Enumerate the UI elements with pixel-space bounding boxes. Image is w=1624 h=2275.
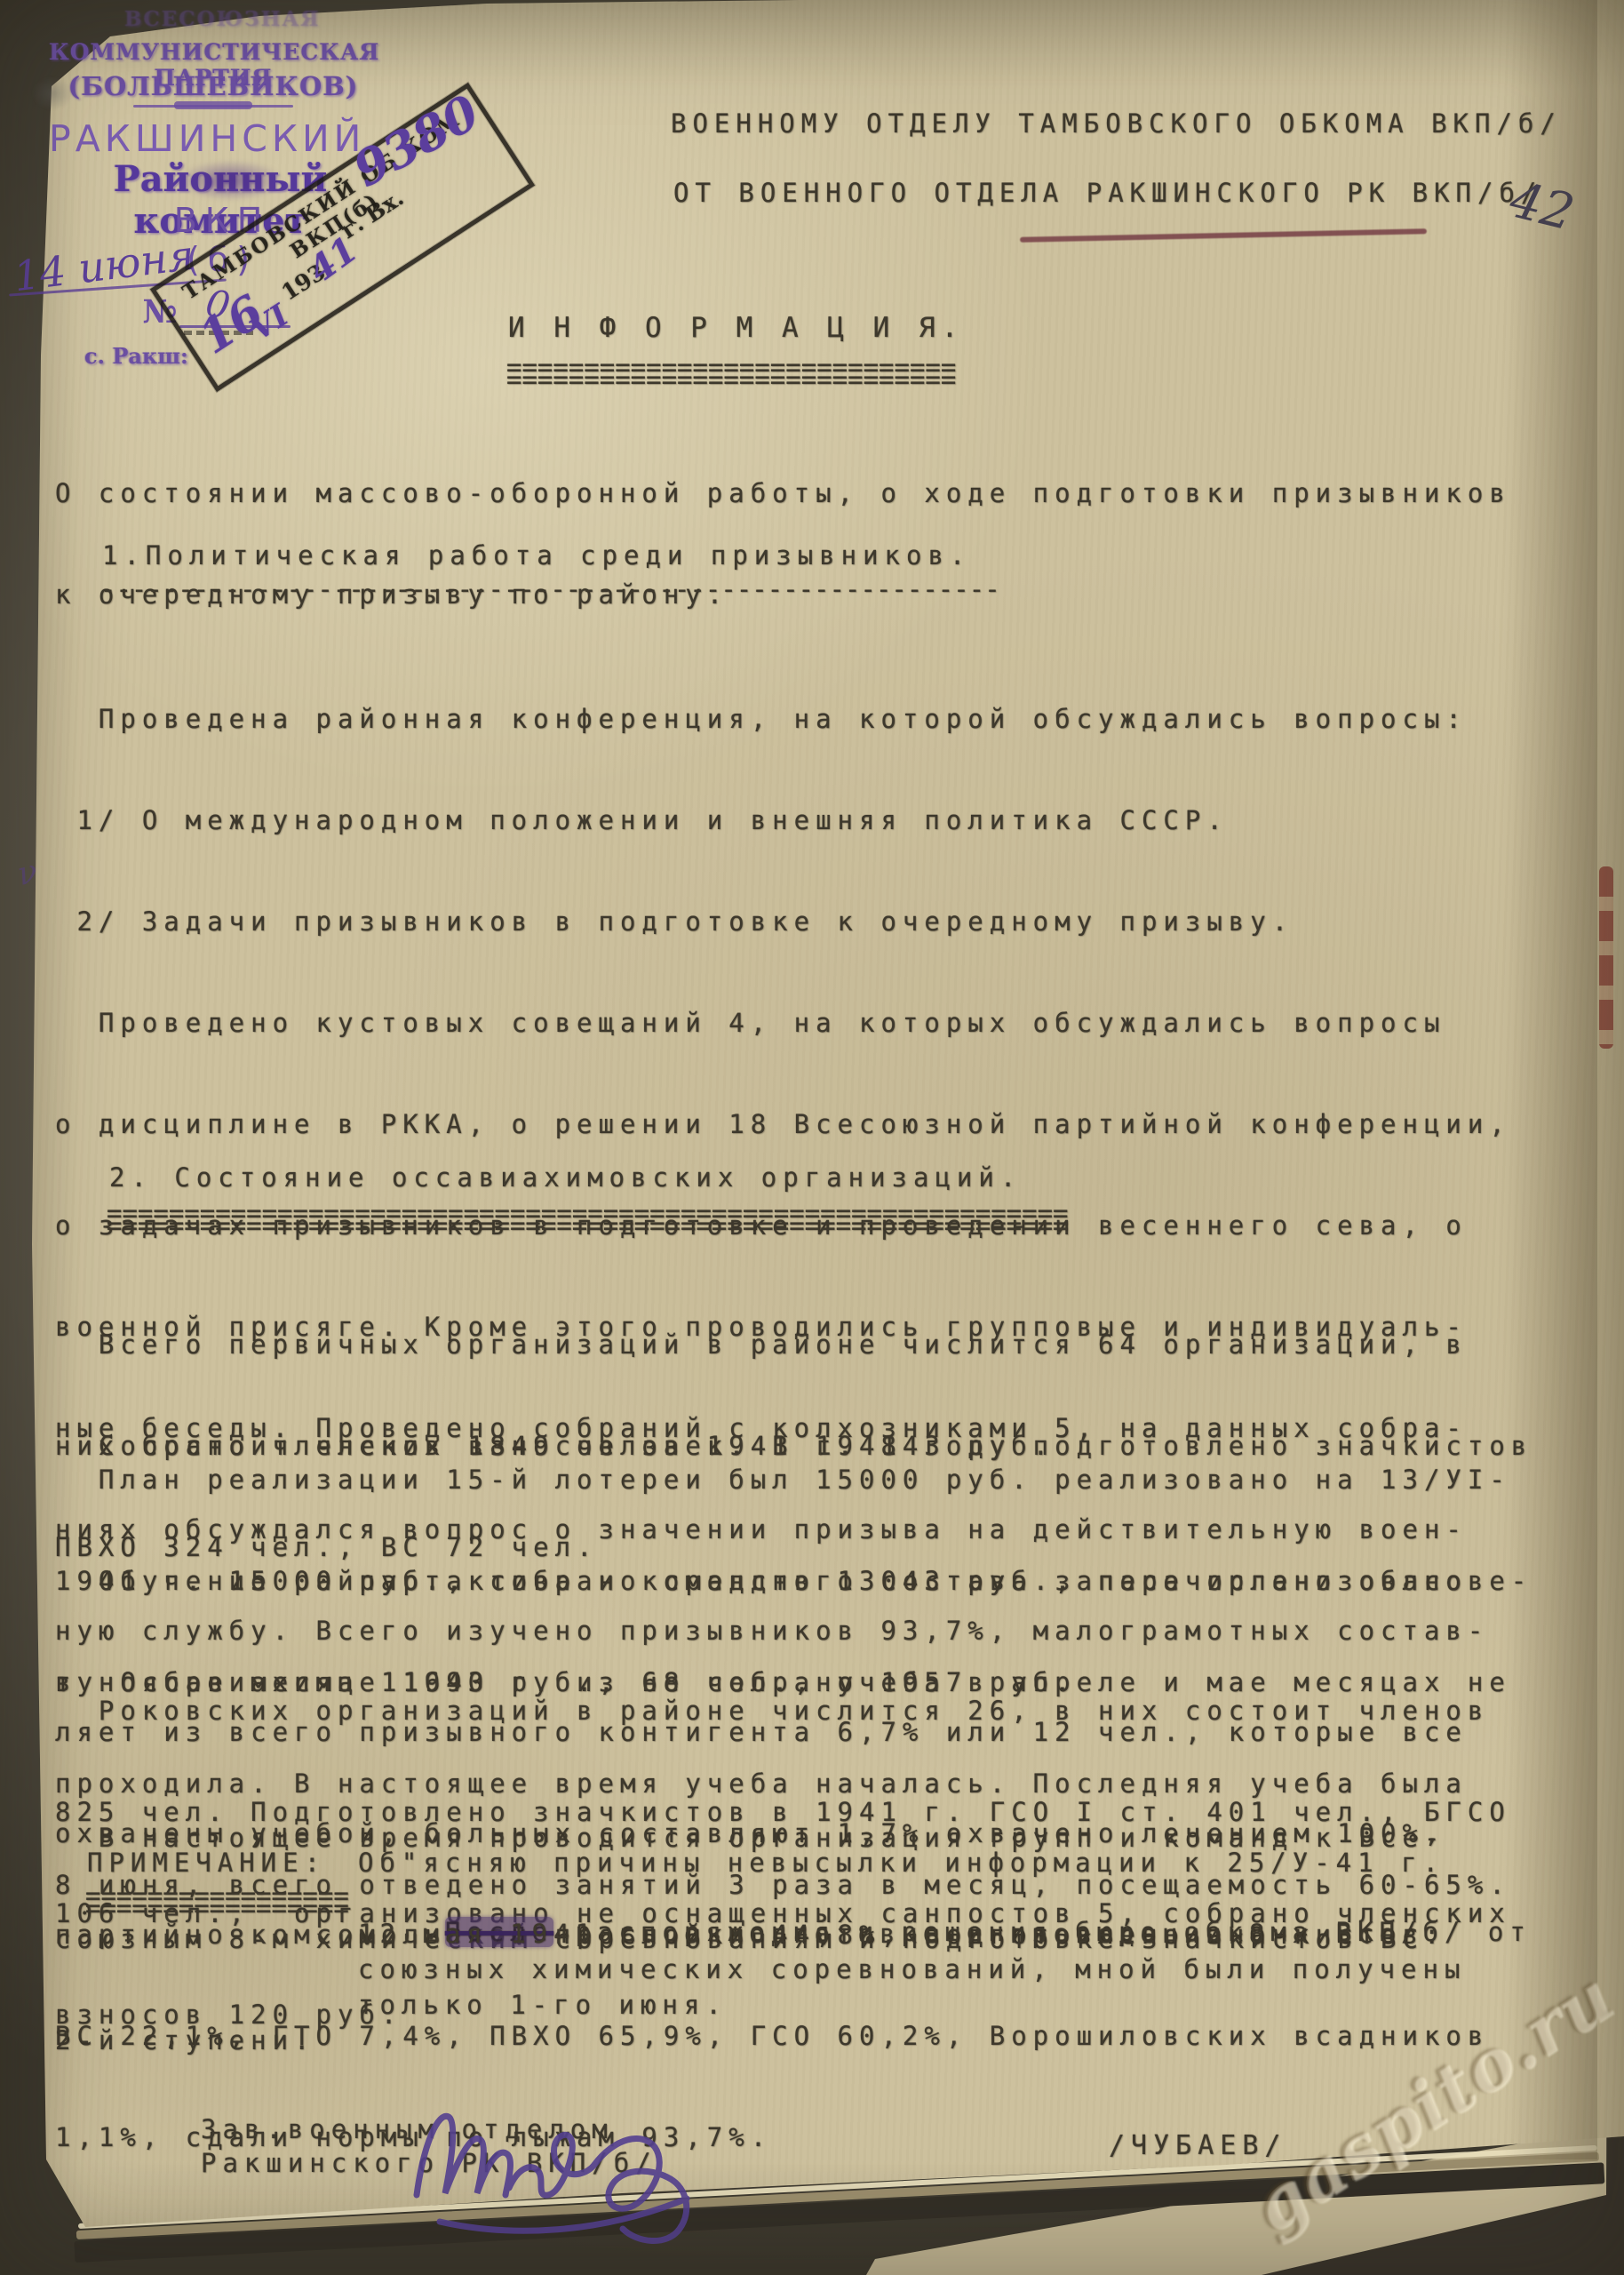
note-line5: только 1-го июня. — [358, 1988, 728, 2022]
body-line: План реализации 15-й лотереи был 15000 р… — [55, 1463, 1532, 1497]
body-line: Всего первичных организаций в районе чис… — [55, 1328, 1532, 1361]
note-line4: союзных химических соревнований, мной бы… — [358, 1952, 1466, 1986]
body-line: Проведена районная конференция, на котор… — [55, 702, 1511, 736]
body-line: 1/ О международном положении и внешняя п… — [55, 803, 1511, 837]
scanned-document: ВСЕСОЮЗНАЯ КОММУНИСТИЧЕСКАЯ ПАРТИЯ (БОЛЬ… — [0, 0, 1624, 2275]
letterhead-district: РАКШИНСКИЙ — [49, 117, 351, 160]
body-line: Роковских организаций в районе числится … — [55, 1694, 1511, 1728]
body-line: Обучение райпартактива и командного сост… — [55, 1564, 1511, 1598]
note-line1: Об"ясняю причины невысылки информации к … — [358, 1846, 1445, 1880]
addressee-line1: ВОЕННОМУ ОТДЕЛУ ТАМБОВСКОГО ОБКОМА ВКП/б… — [671, 107, 1562, 140]
signer-name: /ЧУБАЕВ/ — [1109, 2129, 1287, 2163]
intro-line: О состоянии массово-оборонной работы, о … — [55, 476, 1511, 510]
addressee-line2: ОТ ВОЕННОГО ОТДЕЛА РАКШИНСКОГО РК ВКП/б/ — [673, 176, 1542, 210]
paper-edge-shading — [1501, 0, 1597, 2159]
handwritten-signature — [404, 2081, 724, 2250]
section2-heading: 2. Состояние оссавиахимовских организаци… — [109, 1161, 1022, 1194]
letterhead-divider-thick — [174, 101, 252, 109]
pencil-smudge — [32, 76, 73, 110]
body-line: 2-й ступени. — [55, 2024, 1445, 2057]
letterhead-org-line1: ВСЕСОЮЗНАЯ — [124, 7, 311, 31]
red-edge-marks — [1599, 866, 1613, 1049]
section1-heading: 1.Политическая работа среди призывников. — [102, 539, 971, 572]
body-line: о дисциплине в РККА, о решении 18 Всесою… — [55, 1107, 1511, 1141]
document-title: И Н Ф О Р М А Ц И Я. — [508, 311, 964, 345]
section1-rule: ----------------------------------------… — [100, 572, 1000, 606]
note-rule-row2: ================= — [85, 1891, 349, 1925]
note-label: ПРИМЕЧАНИЕ: — [87, 1846, 326, 1880]
note-line3: 12 мая 1941 г. о подготовке и проведении… — [358, 1917, 1423, 1951]
body-line: 2/ Задачи призывников в подготовке к оче… — [55, 905, 1511, 938]
body-line: Проведено кустовых совещаний 4, на котор… — [55, 1006, 1511, 1040]
title-rule-row2: ============================= — [506, 363, 956, 396]
section2-rule-row2: ========================================… — [107, 1209, 1069, 1242]
letterhead-org-line3: (БОЛЬШЕВИКОВ) — [49, 71, 378, 101]
ink-blot — [178, 160, 284, 201]
